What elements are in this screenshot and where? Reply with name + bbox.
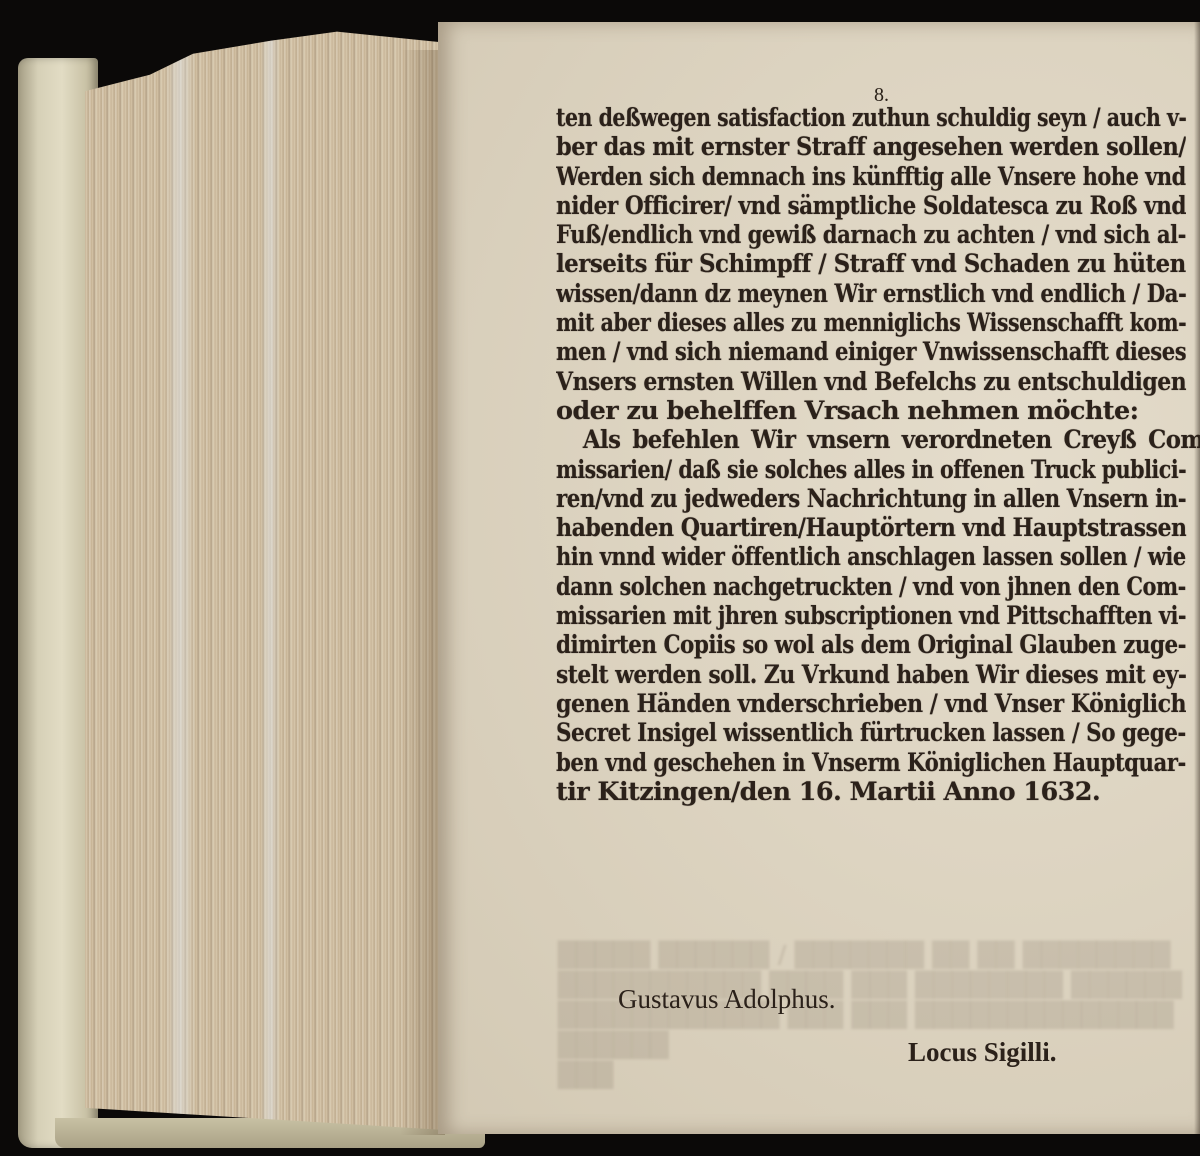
text-line: nider Officirer/ vnd sämptliche Soldates…: [556, 192, 1186, 221]
text-line: missarien mit jhren subscriptionen vnd P…: [556, 602, 1186, 631]
page-edge-stack: [85, 25, 445, 1130]
text-line: Secret Insigel wissentlich fürtrucken la…: [556, 719, 1186, 748]
text-line-paragraph-start: Als befehlen Wir vnsern verordneten Crey…: [556, 426, 1200, 455]
text-line: ren/vnd zu jedweders Nachrichtung in all…: [556, 485, 1186, 514]
text-line: hin vnnd wider öffentlich anschlagen las…: [556, 543, 1186, 572]
book-photograph: 8. █████ ██████ / ███████ ██ ██ ████████…: [0, 0, 1200, 1156]
text-line: genen Händen vnderschrieben / vnd Vnser …: [556, 690, 1186, 719]
book-page: 8. █████ ██████ / ███████ ██ ██ ████████…: [438, 22, 1200, 1134]
text-line: mit aber dieses alles zu menniglichs Wis…: [556, 309, 1186, 338]
text-line: men / vnd sich niemand einiger Vnwissens…: [556, 338, 1186, 367]
text-line: Werden sich demnach ins künfftig alle Vn…: [556, 163, 1186, 192]
body-text: ten deßwegen satisfaction zuthun schuldi…: [556, 104, 1186, 807]
reverse-show-through: █████ ██████ / ███████ ██ ██ ████████ ██…: [558, 940, 1198, 1090]
text-line: stelt werden soll. Zu Vrkund haben Wir d…: [556, 661, 1186, 690]
text-line: ber das mit ernster Straff angesehen wer…: [556, 133, 1186, 162]
text-line: habenden Quartiren/Hauptörtern vnd Haupt…: [556, 514, 1186, 543]
text-line: oder zu behelffen Vrsach nehmen möchte:: [556, 397, 1186, 426]
text-line: ben vnd geschehen in Vnserm Königlichen …: [556, 749, 1186, 778]
text-line: dimirten Copiis so wol als dem Original …: [556, 631, 1186, 660]
text-line: missarien/ daß sie solches alles in offe…: [556, 456, 1186, 485]
text-line: lerseits für Schimpff / Straff vnd Schad…: [556, 250, 1186, 279]
text-line-dateline: tir Kitzingen/den 16. Martii Anno 1632.: [556, 778, 1186, 807]
signature: Gustavus Adolphus.: [618, 984, 836, 1015]
page-edge-highlight: [260, 25, 280, 1130]
text-line: ten deßwegen satisfaction zuthun schuldi…: [556, 104, 1186, 133]
text-line: Vnsers ernsten Willen vnd Befelchs zu en…: [556, 368, 1186, 397]
text-line: Fuß/endlich vnd gewiß darnach zu achten …: [556, 221, 1186, 250]
text-line: dann solchen nachgetruckten / vnd von jh…: [556, 573, 1186, 602]
seal-note: Locus Sigilli.: [908, 1037, 1057, 1068]
text-line: wissen/dann dz meynen Wir ernstlich vnd …: [556, 280, 1186, 309]
page-edge-highlight: [165, 25, 195, 1130]
